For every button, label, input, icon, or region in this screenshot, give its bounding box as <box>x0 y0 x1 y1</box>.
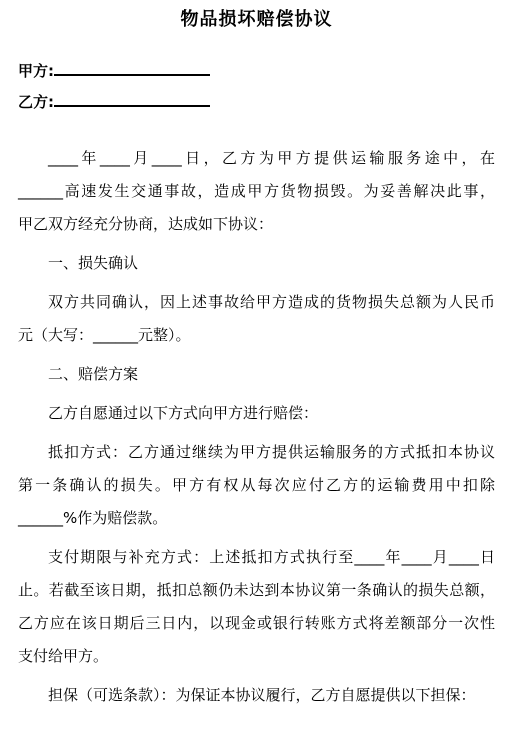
paragraph-line: 甲乙双方经充分协商，达成如下协议： <box>18 208 495 241</box>
paragraph-line: 双方共同确认，因上述事故给甲方造成的货物损失总额为人民币 <box>18 286 495 319</box>
paragraph-line: 一、损失确认 <box>18 247 495 280</box>
party-b-row: 乙方: <box>18 87 495 118</box>
paragraph-line: ____年____月____日，乙方为甲方提供运输服务途中，在 <box>18 142 495 175</box>
paragraph-line: 支付期限与补充方式：上述抵扣方式执行至____年____月____日 <box>18 541 495 574</box>
paragraph-line: 担保（可选条款）：为保证本协议履行，乙方自愿提供以下担保： <box>18 679 495 712</box>
paragraph-line: ______高速发生交通事故，造成甲方货物损毁。为妥善解决此事， <box>18 175 495 208</box>
paragraph-line: 第一条确认的损失。甲方有权从每次应付乙方的运输费用中扣除 <box>18 469 495 502</box>
paragraph-line: 支付给甲方。 <box>18 640 495 673</box>
document-body: ____年____月____日，乙方为甲方提供运输服务途中，在______高速发… <box>18 142 495 712</box>
paragraph: 担保（可选条款）：为保证本协议履行，乙方自愿提供以下担保： <box>18 679 495 712</box>
party-b-label: 乙方: <box>18 87 54 118</box>
paragraph-line: 止。若截至该日期，抵扣总额仍未达到本协议第一条确认的损失总额， <box>18 574 495 607</box>
paragraph: 一、损失确认 <box>18 247 495 280</box>
paragraph: 乙方自愿通过以下方式向甲方进行赔偿： <box>18 397 495 430</box>
document-page: 物品损坏赔偿协议 甲方: 乙方: ____年____月____日，乙方为甲方提供… <box>0 0 513 739</box>
party-a-label: 甲方: <box>18 56 54 87</box>
party-block: 甲方: 乙方: <box>18 56 495 118</box>
paragraph: 支付期限与补充方式：上述抵扣方式执行至____年____月____日止。若截至该… <box>18 541 495 673</box>
paragraph-line: ______%作为赔偿款。 <box>18 502 495 535</box>
paragraph: 二、赔偿方案 <box>18 358 495 391</box>
paragraph-line: 元（大写：______元整）。 <box>18 319 495 352</box>
document-title: 物品损坏赔偿协议 <box>18 8 495 32</box>
paragraph-line: 乙方应在该日期后三日内，以现金或银行转账方式将差额部分一次性 <box>18 607 495 640</box>
paragraph-line: 抵扣方式：乙方通过继续为甲方提供运输服务的方式抵扣本协议 <box>18 436 495 469</box>
party-a-blank-line <box>54 59 210 76</box>
paragraph-line: 二、赔偿方案 <box>18 358 495 391</box>
party-a-row: 甲方: <box>18 56 495 87</box>
paragraph: 抵扣方式：乙方通过继续为甲方提供运输服务的方式抵扣本协议第一条确认的损失。甲方有… <box>18 436 495 535</box>
party-b-blank-line <box>54 90 210 107</box>
paragraph-line: 乙方自愿通过以下方式向甲方进行赔偿： <box>18 397 495 430</box>
paragraph: ____年____月____日，乙方为甲方提供运输服务途中，在______高速发… <box>18 142 495 241</box>
paragraph: 双方共同确认，因上述事故给甲方造成的货物损失总额为人民币元（大写：______元… <box>18 286 495 352</box>
